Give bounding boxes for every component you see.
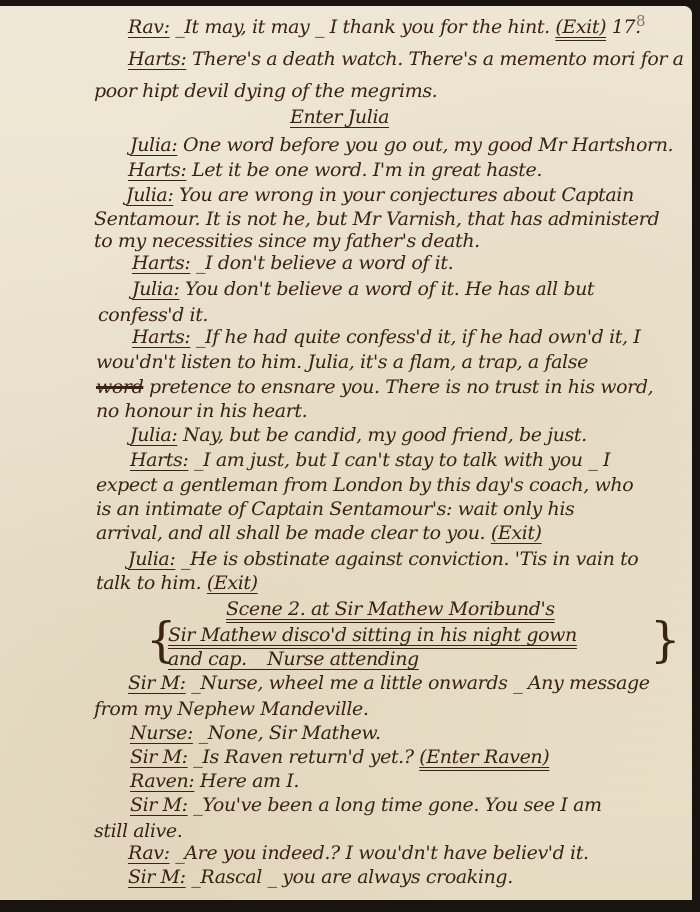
manuscript-line: Harts: There's a death watch. There's a … [128, 48, 684, 70]
stage-direction: Enter Julia [290, 106, 389, 128]
right-brace: } [650, 616, 681, 664]
dialogue-text: no honour in his heart. [96, 400, 307, 422]
dialogue-text: Let it be one word. I'm in great haste. [186, 159, 542, 181]
speaker-label: Nurse: [130, 722, 193, 744]
struck-word: word [96, 376, 143, 398]
manuscript-line: Sentamour. It is not he, but Mr Varnish,… [94, 208, 659, 230]
page-bottom-edge [0, 900, 700, 912]
manuscript-line: wou'dn't listen to him. Julia, it's a fl… [96, 351, 588, 373]
manuscript-line: Harts: Let it be one word. I'm in great … [128, 159, 542, 181]
dialogue-text: _I am just, but I can't stay to talk wit… [188, 449, 610, 471]
speaker-label: Julia: [128, 548, 175, 570]
dialogue-text: Sentamour. It is not he, but Mr Varnish,… [94, 208, 659, 230]
speaker-label: Sir M: [130, 746, 188, 768]
manuscript-line: still alive. [94, 820, 182, 842]
dialogue-text: confess'd it. [98, 304, 208, 326]
manuscript-line: Harts: _I don't believe a word of it. [132, 252, 453, 274]
manuscript-line: Julia: Nay, but be candid, my good frien… [130, 424, 587, 446]
speaker-label: Julia: [132, 278, 179, 300]
page-number: 17. [606, 16, 641, 38]
manuscript-line: Rav: _It may, it may _ I thank you for t… [128, 16, 641, 38]
speaker-label: Julia: [130, 424, 177, 446]
speaker-label: Harts: [128, 48, 186, 70]
dialogue-text: _He is obstinate against conviction. 'Ti… [175, 548, 638, 570]
manuscript-line: Julia: You are wrong in your conjectures… [126, 184, 634, 206]
dialogue-text: still alive. [94, 820, 182, 842]
speaker-label: Sir M: [130, 794, 188, 816]
manuscript-line: Sir M: _Is Raven return'd yet.? (Enter R… [130, 746, 549, 768]
dialogue-text: talk to him. [96, 572, 201, 594]
stage-direction: Sir Mathew disco'd sitting in his night … [168, 624, 577, 646]
manuscript-line: Julia: One word before you go out, my go… [130, 134, 673, 156]
speaker-label: Rav: [128, 842, 170, 864]
speaker-label: Sir M: [128, 866, 186, 888]
manuscript-line: Sir Mathew disco'd sitting in his night … [168, 624, 577, 646]
stage-direction: (Exit) [207, 572, 258, 594]
dialogue-text: You don't believe a word of it. He has a… [179, 278, 594, 300]
manuscript-page: 8 Rav: _It may, it may _ I thank you for… [0, 6, 692, 902]
manuscript-line: Enter Julia [290, 106, 389, 128]
dialogue-text: Nay, but be candid, my good friend, be j… [177, 424, 586, 446]
manuscript-line: Sir M: _Nurse, wheel me a little onwards… [128, 672, 650, 694]
manuscript-line: Julia: _He is obstinate against convicti… [128, 548, 638, 570]
speaker-label: Harts: [130, 449, 188, 471]
manuscript-line: Harts: _I am just, but I can't stay to t… [130, 449, 610, 471]
manuscript-line: confess'd it. [98, 304, 208, 326]
dialogue-text: _Nurse, wheel me a little onwards _ Any … [186, 672, 650, 694]
speaker-label: Harts: [132, 326, 190, 348]
manuscript-line: talk to him. (Exit) [96, 572, 258, 594]
dialogue-text: is an intimate of Captain Sentamour's: w… [96, 498, 574, 520]
stage-direction: (Exit) [555, 16, 606, 38]
speaker-label: Harts: [132, 252, 190, 274]
manuscript-line: and cap. _ Nurse attending [168, 648, 419, 670]
dialogue-text: _Rascal _ you are always croaking. [186, 866, 513, 888]
manuscript-line: Sir M: _You've been a long time gone. Yo… [130, 794, 602, 816]
manuscript-line: from my Nephew Mandeville. [94, 698, 369, 720]
dialogue-text: expect a gentleman from London by this d… [96, 474, 633, 496]
manuscript-line: expect a gentleman from London by this d… [96, 474, 633, 496]
manuscript-line: Sir M: _Rascal _ you are always croaking… [128, 866, 513, 888]
dialogue-text: _You've been a long time gone. You see I… [188, 794, 602, 816]
manuscript-line: Harts: _If he had quite confess'd it, if… [132, 326, 640, 348]
stage-direction: (Enter Raven) [419, 746, 549, 768]
dialogue-text: to my necessities since my father's deat… [94, 230, 480, 252]
dialogue-text: _I don't believe a word of it. [190, 252, 453, 274]
manuscript-line: to my necessities since my father's deat… [94, 230, 480, 252]
dialogue-text: _Is Raven return'd yet.? [188, 746, 414, 768]
manuscript-line: Nurse: _None, Sir Mathew. [130, 722, 381, 744]
manuscript-line: poor hipt devil dying of the megrims. [94, 80, 437, 102]
manuscript-line: Raven: Here am I. [130, 770, 299, 792]
speaker-label: Julia: [126, 184, 173, 206]
manuscript-line: Julia: You don't believe a word of it. H… [132, 278, 594, 300]
dialogue-text: _Are you indeed.? I wou'dn't have believ… [170, 842, 589, 864]
manuscript-line: arrival, and all shall be made clear to … [96, 522, 542, 544]
dialogue-text: arrival, and all shall be made clear to … [96, 522, 485, 544]
dialogue-text: wou'dn't listen to him. Julia, it's a fl… [96, 351, 588, 373]
scene-title: Scene 2. at Sir Mathew Moribund's [226, 598, 555, 620]
manuscript-line: no honour in his heart. [96, 400, 307, 422]
manuscript-line: Rav: _Are you indeed.? I wou'dn't have b… [128, 842, 589, 864]
dialogue-text: One word before you go out, my good Mr H… [177, 134, 673, 156]
dialogue-text: You are wrong in your conjectures about … [173, 184, 633, 206]
dialogue-text: poor hipt devil dying of the megrims. [94, 80, 437, 102]
manuscript-line: word pretence to ensnare you. There is n… [96, 376, 653, 398]
speaker-label: Julia: [130, 134, 177, 156]
dialogue-text: pretence to ensnare you. There is no tru… [143, 376, 653, 398]
dialogue-text: _If he had quite confess'd it, if he had… [190, 326, 640, 348]
speaker-label: Rav: [128, 16, 170, 38]
stage-direction: (Exit) [491, 522, 542, 544]
dialogue-text: There's a death watch. There's a memento… [186, 48, 683, 70]
dialogue-text: _It may, it may _ I thank you for the hi… [170, 16, 550, 38]
speaker-label: Harts: [128, 159, 186, 181]
dialogue-text: _None, Sir Mathew. [193, 722, 381, 744]
scene-heading: Scene 2. at Sir Mathew Moribund's [226, 598, 555, 620]
speaker-label: Raven: [130, 770, 194, 792]
stage-direction: and cap. _ Nurse attending [168, 648, 419, 670]
dialogue-text: from my Nephew Mandeville. [94, 698, 369, 720]
speaker-label: Sir M: [128, 672, 186, 694]
dialogue-text: Here am I. [194, 770, 299, 792]
manuscript-line: is an intimate of Captain Sentamour's: w… [96, 498, 574, 520]
